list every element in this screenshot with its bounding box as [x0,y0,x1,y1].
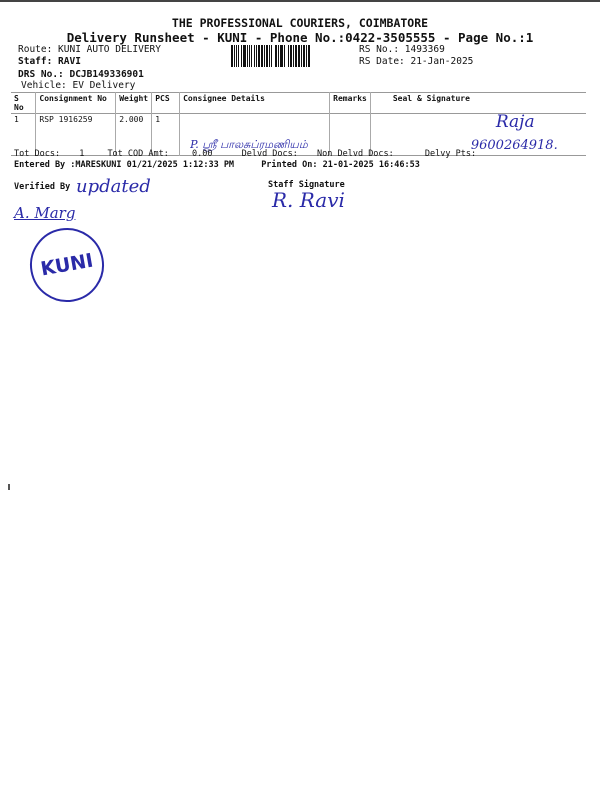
top-border [0,0,600,2]
receiver-phone-handwritten: 9600264918. [471,138,558,153]
non-delvd-docs-label: Non Delvd Docs: [317,149,394,159]
col-sno: S No [11,93,36,114]
totals-row: Tot Docs: 1 Tot COD Amt: 0.00 Delvd Docs… [14,149,476,159]
drs-number: DRS No.: DCJB149336901 [18,69,144,80]
tot-docs-label: Tot Docs: [14,149,60,159]
runsheet-table: S No Consignment No Weight PCS Consignee… [11,92,586,156]
kuni-stamp: KUNI [24,222,110,308]
delvy-pts-label: Delvy Pts: [425,149,476,159]
col-remarks: Remarks [330,93,371,114]
company-title: THE PROFESSIONAL COURIERS, COIMBATORE [0,16,600,30]
rs-number: RS No.: 1493369 [359,44,445,55]
barcode [231,45,348,67]
col-pcs: PCS [152,93,180,114]
verified-handwriting: updated [76,176,151,197]
tot-cod-value: 0.00 [192,149,212,159]
receiver-signature: Raja [496,112,535,132]
verified-by-label: Verified By [14,182,70,192]
delvd-docs-label: Delvd Docs: [242,149,298,159]
route-label: Route: KUNI AUTO DELIVERY [18,44,161,55]
tot-docs-value: 1 [79,149,84,159]
stamp-text: KUNI [39,250,95,281]
scan-speck [8,484,10,490]
tot-cod-label: Tot COD Amt: [107,149,168,159]
staff-label: Staff: RAVI [18,56,81,67]
entered-by: Entered By :MARESKUNI 01/21/2025 1:12:33… [14,160,420,170]
col-seal-signature: Seal & Signature [370,93,586,114]
col-consignee-details: Consignee Details [180,93,330,114]
entered-by-text: Entered By :MARESKUNI 01/21/2025 1:12:33… [14,160,234,170]
table-header-row: S No Consignment No Weight PCS Consignee… [11,93,586,114]
verifier-signature: A. Marg [14,204,75,222]
col-consignment-no: Consignment No [36,93,116,114]
runsheet-subtitle: Delivery Runsheet - KUNI - Phone No.:042… [0,30,600,45]
staff-signature: R. Ravi [272,188,345,212]
rs-date: RS Date: 21-Jan-2025 [359,56,473,67]
printed-on-text: Printed On: 21-01-2025 16:46:53 [261,160,420,170]
col-weight: Weight [116,93,152,114]
vehicle-label: Vehicle: EV Delivery [21,80,135,91]
